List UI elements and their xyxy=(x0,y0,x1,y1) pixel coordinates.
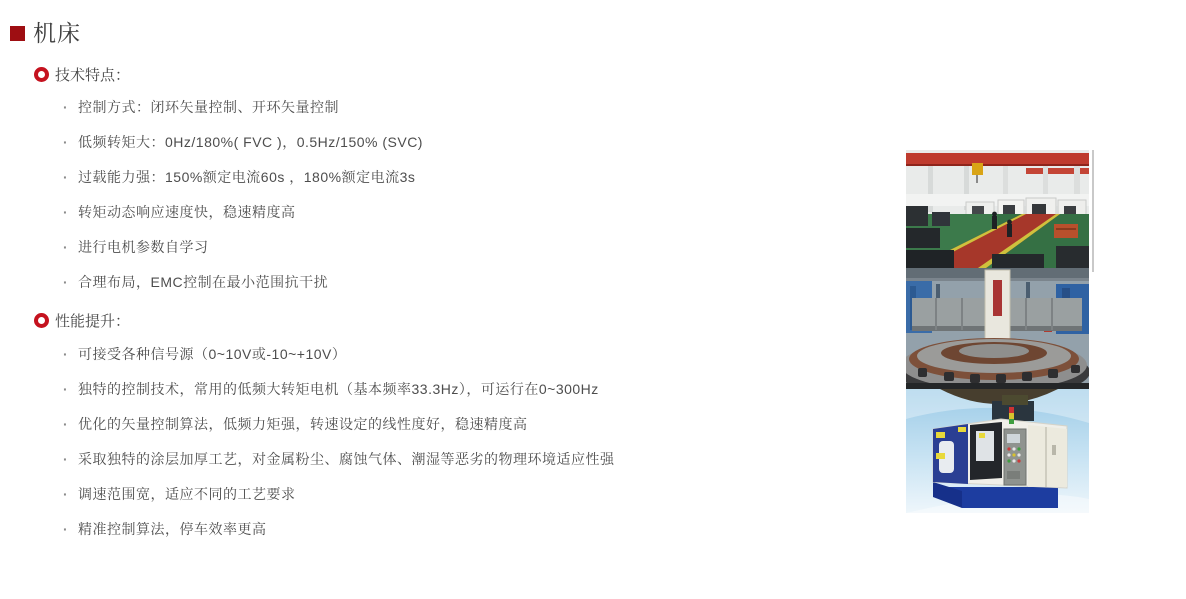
dot-bullet-icon: · xyxy=(63,451,78,467)
list-item-text: 控制方式：闭环矢量控制、开环矢量控制 xyxy=(78,99,339,115)
page-title-row: 机床 xyxy=(10,20,81,47)
list-item-text: 合理布局，EMC控制在最小范围抗干扰 xyxy=(78,274,328,290)
red-ring-bullet-icon xyxy=(34,313,49,328)
vertical-lathe-workpiece-photo xyxy=(906,268,1089,389)
list-item: ·采取独特的涂层加厚工艺，对金属粉尘、腐蚀气体、潮湿等恶劣的物理环境适应性强 xyxy=(34,451,884,467)
list-item-text: 独特的控制技术，常用的低频大转矩电机（基本频率33.3Hz），可运行在0~300… xyxy=(78,381,599,397)
section-heading-label: 技术特点： xyxy=(55,64,130,85)
scrollbar-thumb[interactable] xyxy=(1092,150,1094,272)
list-item: ·控制方式：闭环矢量控制、开环矢量控制 xyxy=(34,99,884,115)
list-item-text: 优化的矢量控制算法，低频力矩强，转速设定的线性度好，稳速精度高 xyxy=(78,416,528,432)
feature-content: 技术特点： ·控制方式：闭环矢量控制、开环矢量控制 ·低频转矩大：0Hz/180… xyxy=(34,65,884,537)
list-item: ·过载能力强：150%额定电流60s ，180%额定电流3s xyxy=(34,169,884,185)
list-item: ·进行电机参数自学习 xyxy=(34,239,884,255)
list-item-text: 低频转矩大：0Hz/180%( FVC )，0.5Hz/150% (SVC) xyxy=(78,134,423,150)
section-heading-label: 性能提升： xyxy=(55,310,130,331)
list-item: ·可接受各种信号源（0~10V或-10~+10V） xyxy=(34,346,884,362)
list-item: ·合理布局，EMC控制在最小范围抗干扰 xyxy=(34,274,884,290)
list-item: ·优化的矢量控制算法，低频力矩强，转速设定的线性度好，稳速精度高 xyxy=(34,416,884,432)
dot-bullet-icon: · xyxy=(63,416,78,432)
list-item-text: 转矩动态响应速度快，稳速精度高 xyxy=(78,204,296,220)
page-title: 机床 xyxy=(33,20,81,47)
photo-column xyxy=(906,150,1089,513)
list-item: ·独特的控制技术，常用的低频大转矩电机（基本频率33.3Hz），可运行在0~30… xyxy=(34,381,884,397)
list-item: ·转矩动态响应速度快，稳速精度高 xyxy=(34,204,884,220)
list-item-text: 进行电机参数自学习 xyxy=(78,239,209,255)
list-item-text: 采取独特的涂层加厚工艺，对金属粉尘、腐蚀气体、潮湿等恶劣的物理环境适应性强 xyxy=(78,451,615,467)
factory-workshop-photo xyxy=(906,150,1089,268)
list-item-text: 调速范围宽，适应不同的工艺要求 xyxy=(78,486,296,502)
section-heading-tech-features: 技术特点： xyxy=(34,65,884,83)
dot-bullet-icon: · xyxy=(63,169,78,185)
tech-features-list: ·控制方式：闭环矢量控制、开环矢量控制 ·低频转矩大：0Hz/180%( FVC… xyxy=(34,99,884,290)
list-item-text: 过载能力强：150%额定电流60s ，180%额定电流3s xyxy=(78,169,415,185)
cnc-machining-center-photo xyxy=(906,389,1089,513)
dot-bullet-icon: · xyxy=(63,346,78,362)
dot-bullet-icon: · xyxy=(63,134,78,150)
red-ring-bullet-icon xyxy=(34,67,49,82)
section-heading-performance: 性能提升： xyxy=(34,311,884,329)
list-item: ·低频转矩大：0Hz/180%( FVC )，0.5Hz/150% (SVC) xyxy=(34,134,884,150)
list-item: ·精准控制算法，停车效率更高 xyxy=(34,521,884,537)
list-item-text: 精准控制算法，停车效率更高 xyxy=(78,521,267,537)
dot-bullet-icon: · xyxy=(63,381,78,397)
list-item: ·调速范围宽，适应不同的工艺要求 xyxy=(34,486,884,502)
list-item-text: 可接受各种信号源（0~10V或-10~+10V） xyxy=(78,346,346,362)
dot-bullet-icon: · xyxy=(63,239,78,255)
red-square-bullet-icon xyxy=(10,26,25,41)
dot-bullet-icon: · xyxy=(63,99,78,115)
dot-bullet-icon: · xyxy=(63,204,78,220)
dot-bullet-icon: · xyxy=(63,521,78,537)
performance-list: ·可接受各种信号源（0~10V或-10~+10V） ·独特的控制技术，常用的低频… xyxy=(34,346,884,537)
dot-bullet-icon: · xyxy=(63,274,78,290)
dot-bullet-icon: · xyxy=(63,486,78,502)
